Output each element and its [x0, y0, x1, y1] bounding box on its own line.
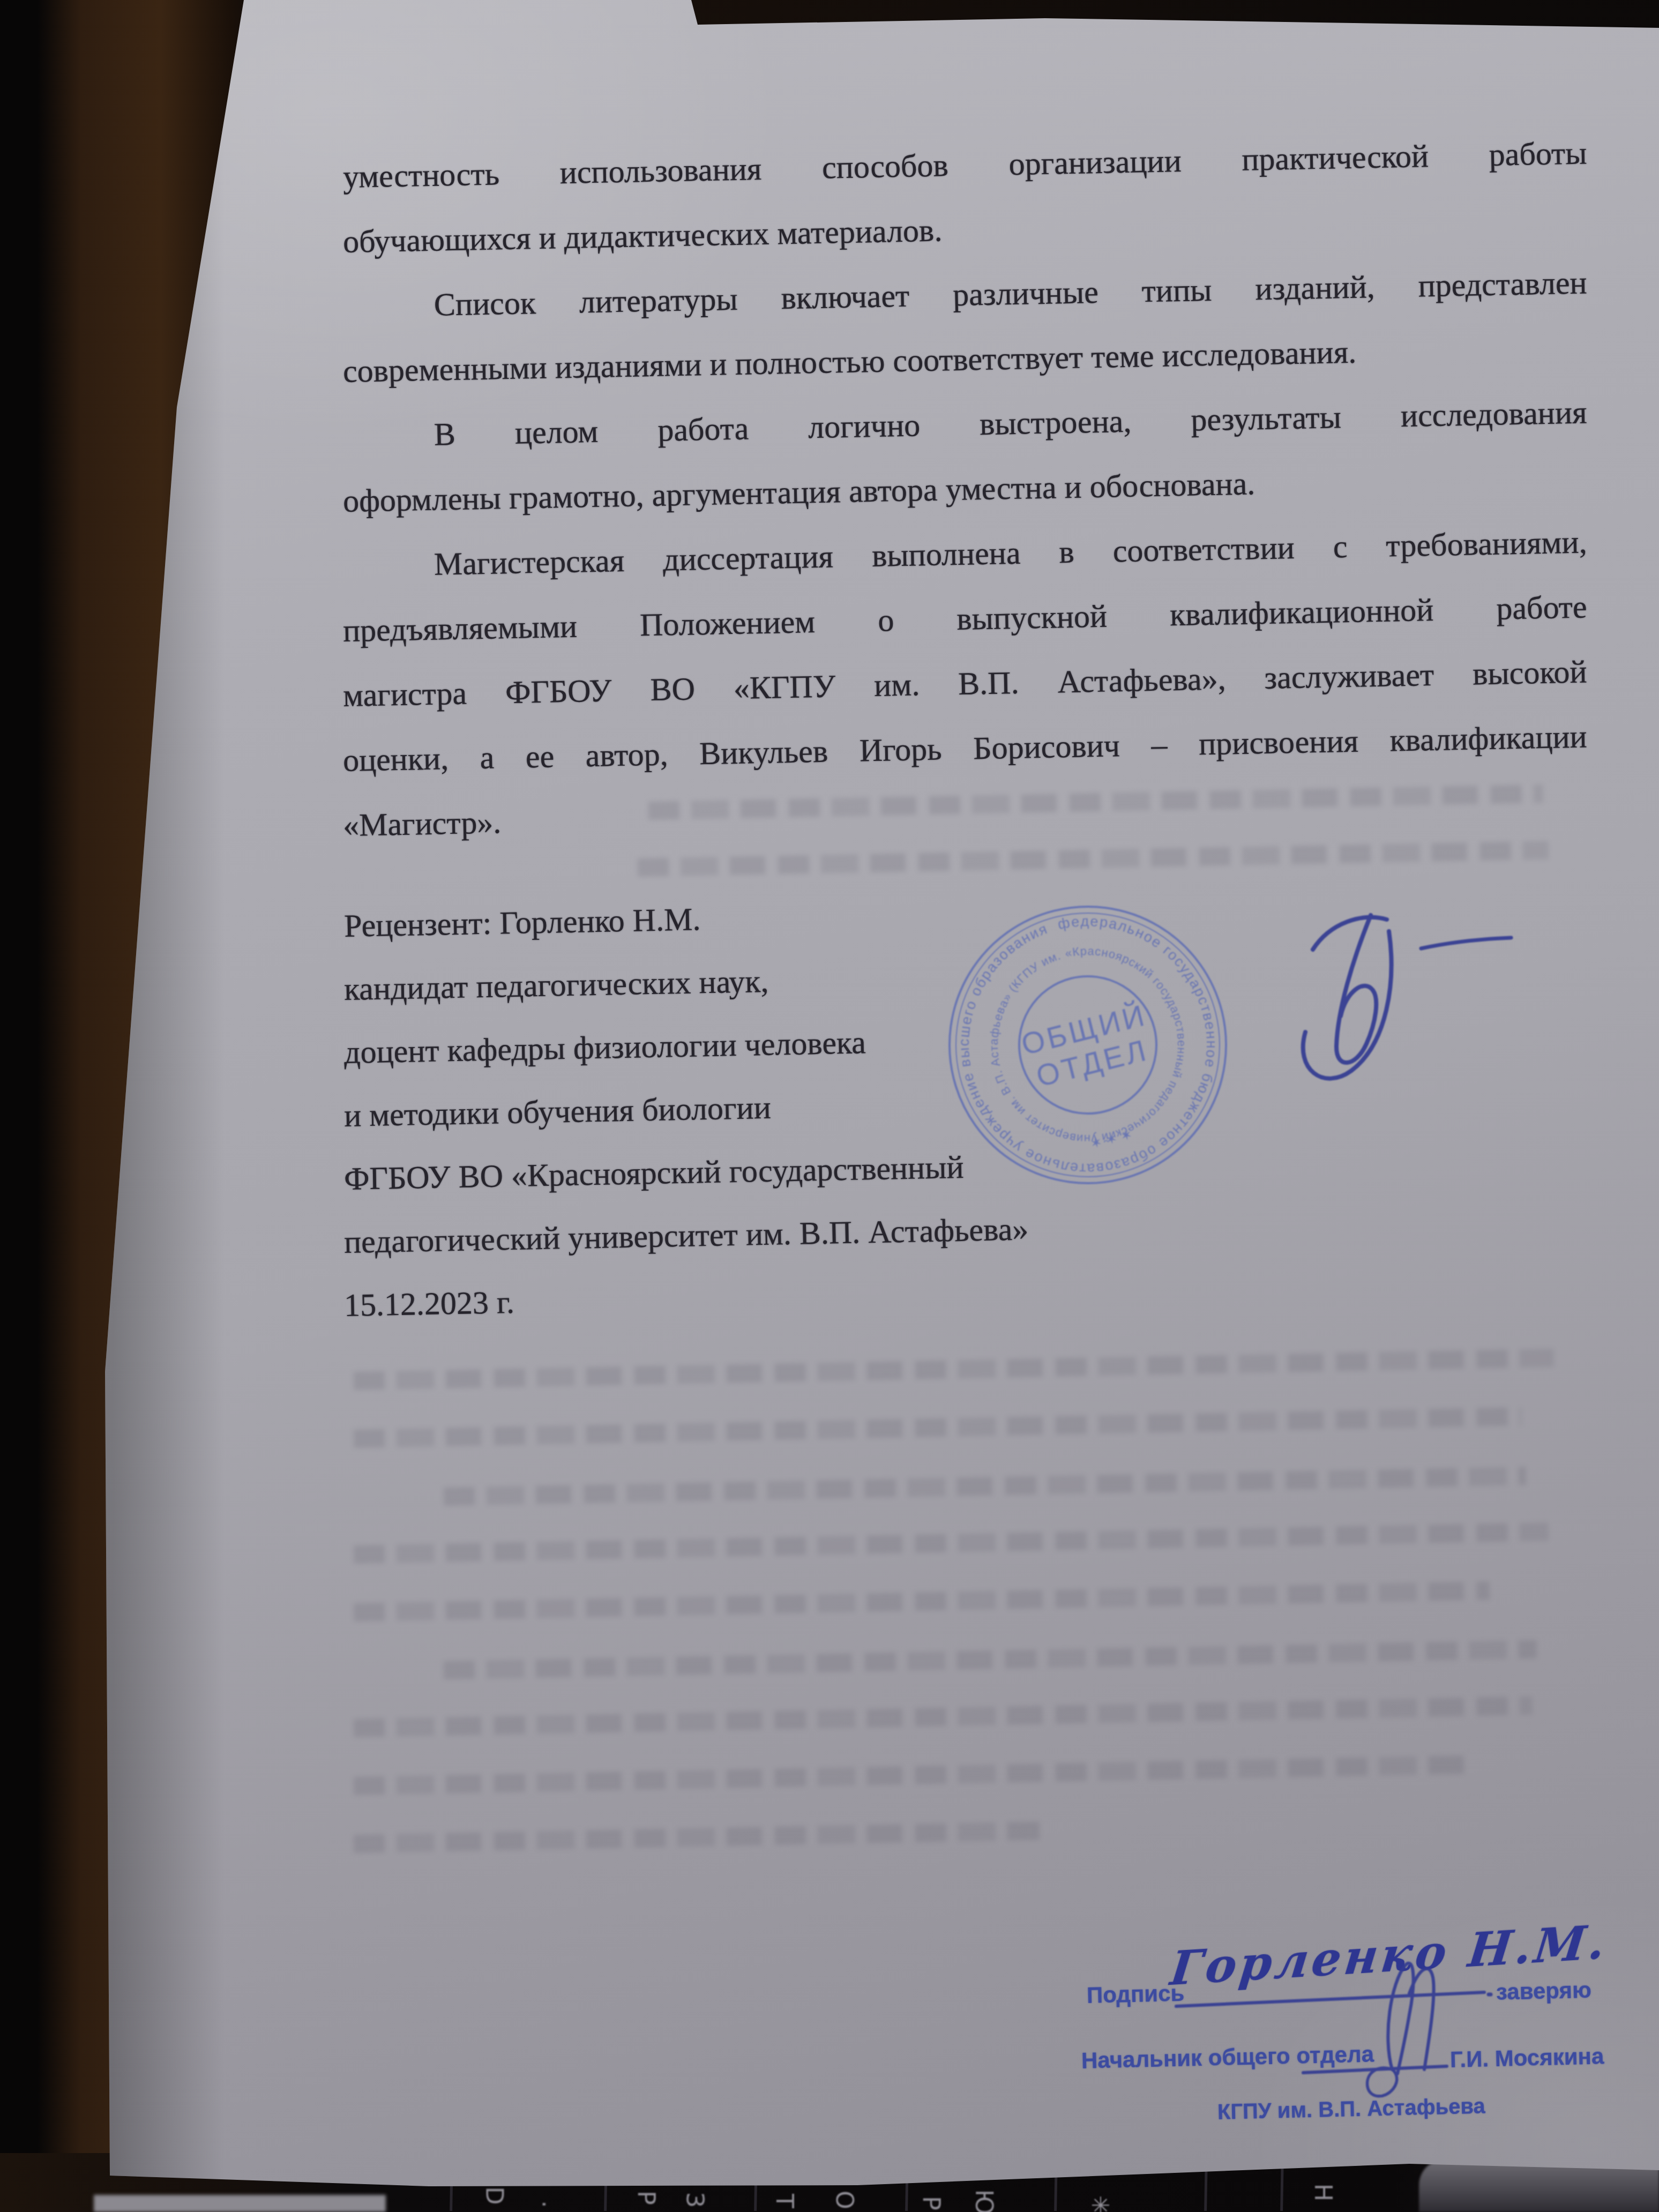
keyboard-key-legend: . — [537, 2201, 564, 2208]
keyboard-key-legend: ✳ — [1086, 2195, 1114, 2212]
keyboard-key-legend: Р — [917, 2196, 945, 2210]
paper-sheet: уместностьиспользованияспособоворганизац… — [0, 0, 1659, 2212]
head-signature — [1388, 1963, 1413, 2074]
table-edge-highlight — [94, 2195, 386, 2212]
keyboard-key-legend: Т — [771, 2194, 798, 2208]
keyboard-key-legend: Н — [1309, 2184, 1336, 2201]
keyboard-key-legend: Ю — [970, 2189, 997, 2212]
keyboard-key-legend: О — [831, 2191, 858, 2209]
reviewer-signature — [1313, 917, 1387, 950]
keyboard-key-legend: З — [681, 2192, 708, 2207]
keyboard-key-legend: Р — [632, 2191, 660, 2205]
signature-dash — [1421, 938, 1511, 948]
signature-underline — [1176, 1992, 1484, 2006]
photo-of-document: D . Р З Т О Р Ю ✳ Н уместностьиспользова… — [0, 0, 1659, 2212]
keyboard-key-legend: D — [480, 2187, 507, 2205]
ink-strokes — [0, 0, 1659, 2212]
